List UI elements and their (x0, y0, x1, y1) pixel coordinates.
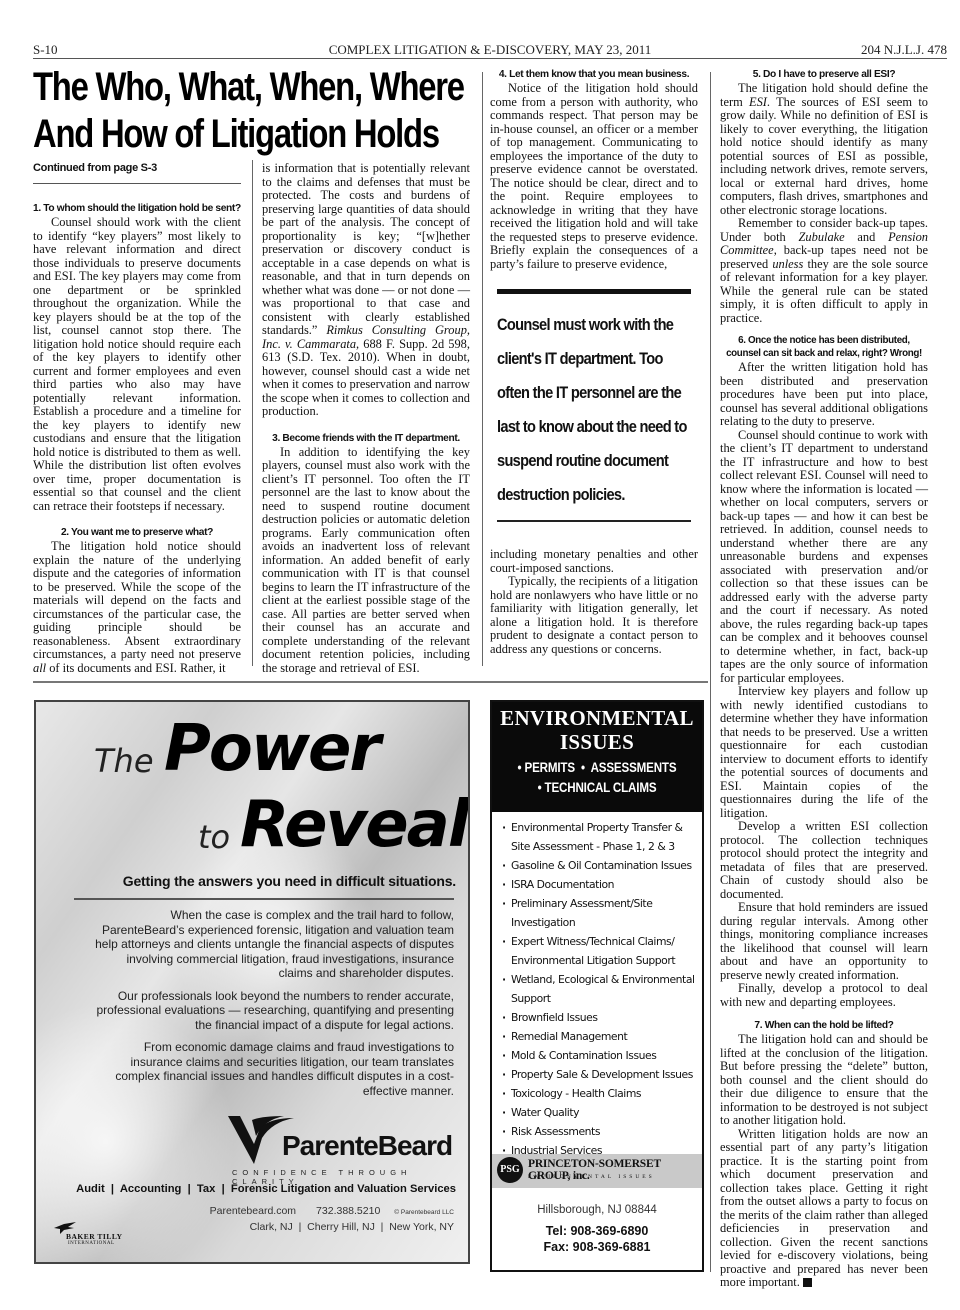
affiliate-subtitle: INTERNATIONAL (68, 1241, 115, 1246)
pull-quote-rule-bottom (497, 520, 691, 522)
section-heading: 5. Do I have to preserve all ESI? (720, 68, 928, 81)
ad-paragraph: When the case is complex and the trail h… (94, 908, 454, 981)
section-divider (33, 681, 708, 683)
paragraph: The litigation hold should define the te… (720, 82, 928, 217)
list-item: Toxicology - Health Claims (502, 1084, 696, 1103)
ad-services: Audit | Accounting | Tax | Forensic Liti… (56, 1183, 456, 1195)
company-phone: Tel: 908-369-6890 (492, 1224, 702, 1238)
paragraph: Counsel should continue to work with the… (720, 429, 928, 686)
affiliate-name: BAKER TILLY (66, 1232, 123, 1241)
baker-tilly-logo: BAKER TILLY INTERNATIONAL (54, 1222, 134, 1252)
pull-quote-text: Counsel must work with the client's IT d… (497, 294, 691, 520)
company-subtitle: ENVIRONMENTAL ISSUES (528, 1174, 655, 1180)
brand-name: ParenteBeard (282, 1130, 452, 1162)
article-column-4: 5. Do I have to preserve all ESI? The li… (720, 68, 928, 1290)
list-item: Gasoline & Oil Contamination Issues (502, 856, 696, 875)
section-heading: 1. To whom should the litigation hold be… (33, 202, 241, 215)
ad-title-power: Power (164, 712, 379, 786)
article-column-1: 1. To whom should the litigation hold be… (33, 202, 241, 675)
paragraph: Remember to consider back-up tapes. Unde… (720, 217, 928, 325)
section-heading: 4. Let them know that you mean business. (490, 68, 698, 81)
paragraph: The litigation hold notice should explai… (33, 540, 241, 675)
ad-locations: Clark, NJ | Cherry Hill, NJ | New York, … (210, 1220, 454, 1234)
ad-paragraph: From economic damage claims and fraud in… (94, 1040, 454, 1098)
paragraph: Counsel should work with the client to i… (33, 216, 241, 513)
list-item: Preliminary Assessment/Site Investigatio… (502, 894, 696, 932)
headline-line-1: The Who, What, When, Where (33, 65, 464, 109)
parentebeard-advertisement[interactable]: The Power to Reveal Getting the answers … (34, 700, 470, 1264)
paragraph: Notice of the litigation hold should com… (490, 82, 698, 271)
ad-copyright: © Parentebeard LLC (394, 1209, 454, 1216)
list-item: Expert Witness/Technical Claims/ Environ… (502, 932, 696, 970)
column-divider (252, 160, 253, 666)
company-fax: Fax: 908-369-6881 (492, 1240, 702, 1254)
paragraph: Written litigation holds are now an esse… (720, 1128, 928, 1290)
paragraph: Develop a written ESI collection protoco… (720, 820, 928, 901)
list-item: ISRA Documentation (502, 875, 696, 894)
ad-tagline: Getting the answers you need in difficul… (70, 873, 456, 889)
ad-contact: Parentebeard.com732.388.5210© Parentebea… (210, 1204, 454, 1234)
paragraph: Typically, the recipients of a litigatio… (490, 575, 698, 656)
column-divider (482, 72, 483, 666)
paragraph: After the written litigation hold has be… (720, 361, 928, 429)
section-heading: 7. When can the hold be lifted? (720, 1019, 928, 1032)
ad-subtitle-line-1: • PERMITS • ASSESSMENTS (507, 758, 688, 778)
environmental-advertisement[interactable]: ENVIRONMENTAL ISSUES • PERMITS • ASSESSM… (490, 700, 704, 1272)
ad-title-the: The (94, 742, 154, 780)
paragraph: including monetary penalties and other c… (490, 548, 698, 575)
article-column-3-continued: including monetary penalties and other c… (490, 548, 698, 656)
publication-line: COMPLEX LITIGATION & E-DISCOVERY, MAY 23… (33, 42, 947, 58)
ad-paragraph: Our professionals look beyond the number… (94, 989, 454, 1033)
services-list: Environmental Property Transfer & Site A… (492, 812, 702, 1160)
list-item: Remedial Management (502, 1027, 696, 1046)
list-item: Water Quality (502, 1103, 696, 1122)
ad-tagline-rule (74, 898, 454, 900)
list-item: Risk Assessments (502, 1122, 696, 1141)
ad-phone: 732.388.5210 (316, 1205, 380, 1217)
column-divider (710, 72, 711, 1272)
ad-header: ENVIRONMENTAL ISSUES • PERMITS • ASSESSM… (492, 702, 702, 812)
pull-quote: Counsel must work with the client's IT d… (497, 289, 691, 524)
section-heading: 6. Once the notice has been distributed,… (720, 335, 928, 360)
paragraph: Ensure that hold reminders are issued du… (720, 901, 928, 982)
paragraph: In addition to identifying the key playe… (262, 446, 470, 676)
list-item: Brownfield Issues (502, 1008, 696, 1027)
company-banner: PSG PRINCETON-SOMERSET GROUP, inc. ENVIR… (492, 1154, 702, 1188)
paragraph: Finally, develop a protocol to deal with… (720, 982, 928, 1009)
ad-title-line-1: ENVIRONMENTAL (492, 706, 702, 730)
ad-body-copy: When the case is complex and the trail h… (94, 908, 454, 1106)
ad-title-line-2: ISSUES (492, 730, 702, 754)
paragraph: is information that is potentially relev… (262, 162, 470, 419)
headline-line-2: And How of Litigation Holds (33, 112, 439, 156)
end-of-article-mark (803, 1278, 812, 1287)
article-headline: The Who, What, When, Where And How of Li… (33, 64, 394, 158)
list-item: Mold & Contamination Issues (502, 1046, 696, 1065)
section-heading: 2. You want me to preserve what? (33, 526, 241, 539)
article-column-2: is information that is potentially relev… (262, 162, 470, 675)
company-seal-icon: PSG (497, 1157, 523, 1183)
list-item: Environmental Property Transfer & Site A… (502, 818, 696, 856)
list-item: Property Sale & Development Issues (502, 1065, 696, 1084)
parentebeard-logo: ParenteBeard (226, 1114, 454, 1170)
section-heading: 3. Become friends with the IT department… (262, 432, 470, 445)
ad-title-reveal: Reveal (240, 788, 468, 862)
list-item: Wetland, Ecological & Environmental Supp… (502, 970, 696, 1008)
running-header: S-10 COMPLEX LITIGATION & E-DISCOVERY, M… (33, 40, 947, 59)
paragraph: The litigation hold can and should be li… (720, 1033, 928, 1128)
article-column-3: 4. Let them know that you mean business.… (490, 68, 698, 271)
ad-subtitle-line-2: • TECHNICAL CLAIMS (507, 778, 688, 798)
ad-title-to: to (198, 818, 230, 856)
company-address: Hillsborough, NJ 08844 (492, 1204, 702, 1216)
ad-website[interactable]: Parentebeard.com (210, 1205, 296, 1217)
paragraph: Interview key players and follow up with… (720, 685, 928, 820)
continued-line: Continued from page S-3 (33, 162, 241, 184)
citation: 204 N.J.L.J. 478 (861, 42, 947, 58)
